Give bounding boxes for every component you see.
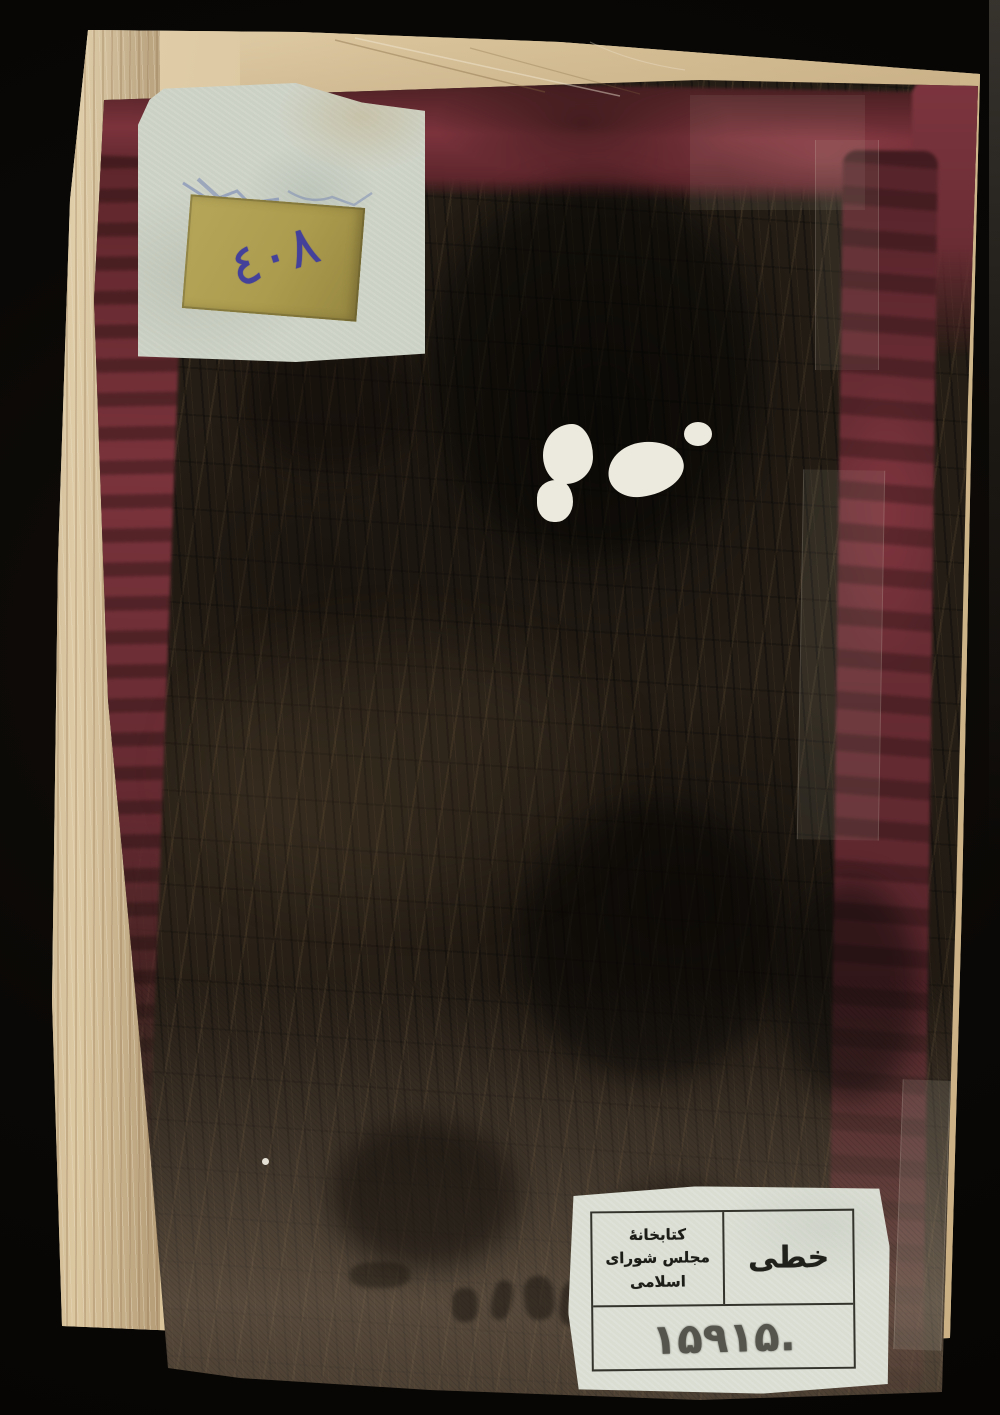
stamp-table: کتابخانۀ مجلس شورای اسلامی خطی ۱۵۹۱۵. [590,1209,856,1372]
scanner-edge-artifact [989,0,1000,900]
library-name-cell: کتابخانۀ مجلس شورای اسلامی [592,1212,723,1305]
library-stamp-label: کتابخانۀ مجلس شورای اسلامی خطی ۱۵۹۱۵. [567,1184,891,1395]
manuscript-number-cell: ۱۵۹۱۵. [593,1302,855,1371]
repair-tape-strip [893,1079,950,1351]
white-paint-spot [537,480,573,522]
white-paint-spot [543,424,593,484]
shelf-label-paper-patch: ٤٠٨ [138,83,425,362]
faded-ink-smudge [452,1288,478,1322]
yellow-number-tag: ٤٠٨ [182,194,365,321]
library-name-line1: کتابخانۀ [629,1224,687,1248]
white-speck [262,1158,269,1165]
dark-blotch [330,1120,520,1270]
dark-blotch [780,880,920,1100]
light-worn-patch [190,640,610,900]
repair-tape-strip [690,95,865,210]
white-paint-spot [684,422,712,446]
library-name-line2: مجلس شورای [605,1247,710,1271]
manuscript-type-cell: خطی [724,1211,853,1304]
scanned-photo-canvas: ٤٠٨ کتابخانۀ مجلس شورای اسلامی خطی ۱۵۹۱۵… [0,0,1000,1415]
library-name-line3: اسلامی [630,1270,686,1294]
shelf-number: ٤٠٨ [222,211,328,300]
faded-ink-smudge [350,1262,410,1288]
dark-blotch [430,180,760,560]
repair-tape-strip [797,469,885,840]
